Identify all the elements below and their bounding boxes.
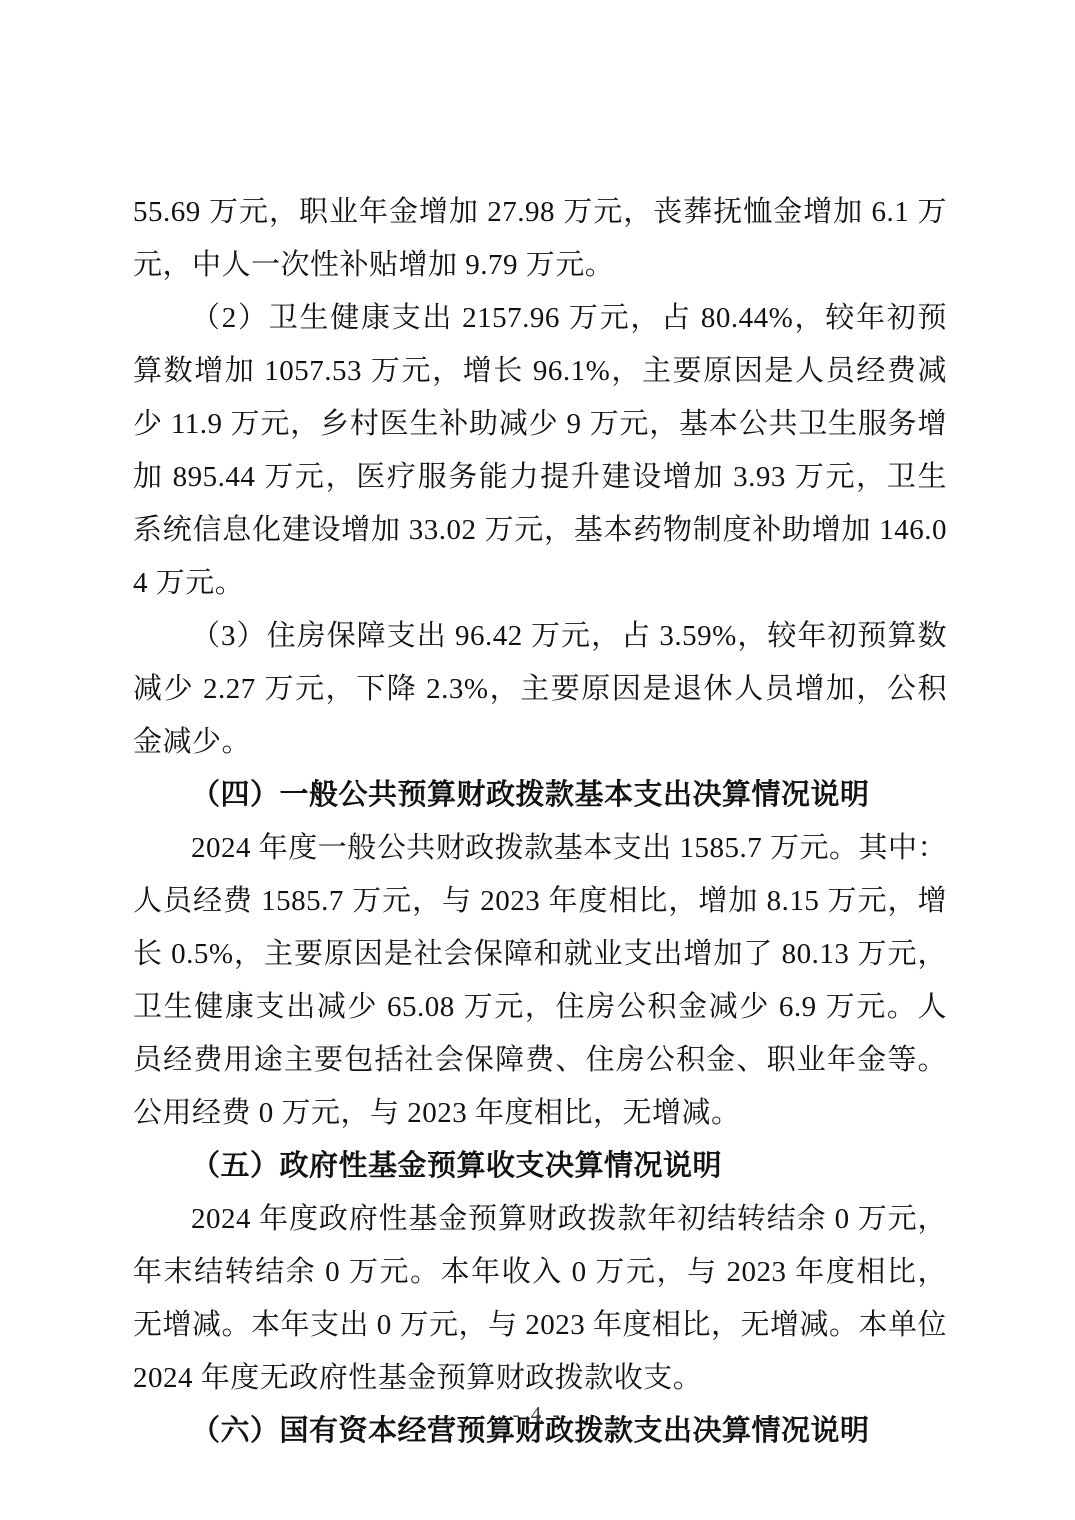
document-body: 55.69 万元，职业年金增加 27.98 万元，丧葬抚恤金增加 6.1 万元，…: [133, 186, 947, 1458]
page-number: - 4 -: [513, 1402, 563, 1426]
document-page: 55.69 万元，职业年金增加 27.98 万元，丧葬抚恤金增加 6.1 万元，…: [0, 0, 1075, 1520]
page-footer: - 4 -: [0, 1402, 1075, 1427]
body-paragraph: 55.69 万元，职业年金增加 27.98 万元，丧葬抚恤金增加 6.1 万元，…: [133, 186, 947, 292]
body-paragraph: 2024 年度一般公共财政拨款基本支出 1585.7 万元。其中：人员经费 15…: [133, 822, 947, 1140]
section-heading: （四）一般公共预算财政拨款基本支出决算情况说明: [133, 769, 947, 822]
body-paragraph: 2024 年度政府性基金预算财政拨款年初结转结余 0 万元，年末结转结余 0 万…: [133, 1193, 947, 1405]
body-paragraph: （3）住房保障支出 96.42 万元，占 3.59%，较年初预算数减少 2.27…: [133, 610, 947, 769]
body-paragraph: （2）卫生健康支出 2157.96 万元，占 80.44%，较年初预算数增加 1…: [133, 292, 947, 610]
section-heading: （五）政府性基金预算收支决算情况说明: [133, 1140, 947, 1193]
